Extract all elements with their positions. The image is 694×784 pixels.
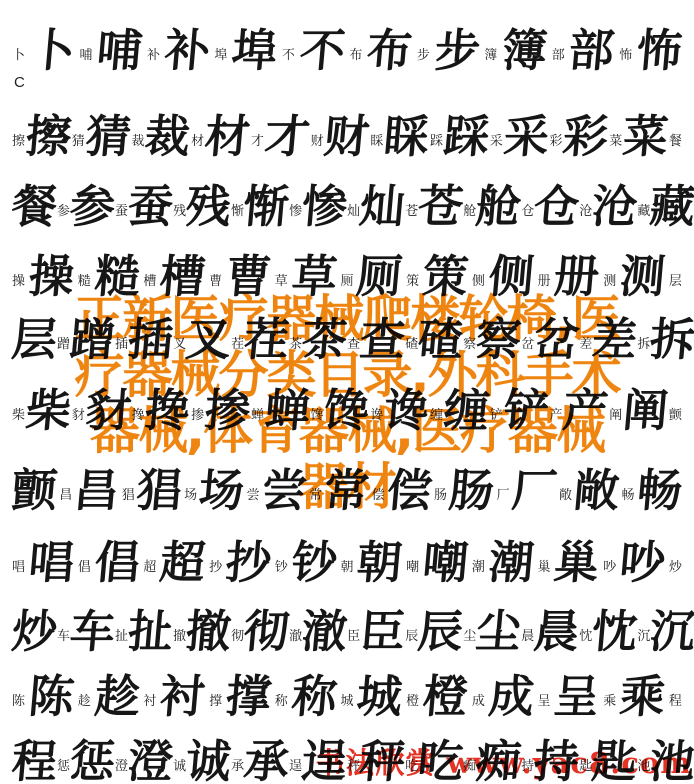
- cursive-glyph-char: 步: [432, 27, 481, 74]
- print-label-char: 曹: [209, 270, 222, 289]
- print-label-char: 册: [538, 270, 551, 289]
- cursive-glyph-char: 诚: [184, 738, 233, 784]
- print-label-char: 财: [311, 130, 324, 149]
- cursive-glyph-char: 惭: [242, 183, 291, 230]
- cursive-glyph-char: 材: [203, 113, 252, 160]
- cursive-glyph-char: 怖: [635, 27, 684, 74]
- print-label-char: 布: [349, 44, 362, 63]
- print-label-char: 陈: [12, 690, 25, 709]
- cursive-glyph-char: 澈: [300, 608, 349, 655]
- cursive-glyph-char: 擦: [24, 113, 73, 160]
- seo-title-line: 疗器械分类目录,外科手术: [0, 347, 694, 403]
- cursive-glyph-char: 趁: [92, 673, 141, 720]
- print-label-char: 超: [143, 556, 156, 575]
- character-row: 陈陈趁趁衬衬撑撑称称城城橙橙成成呈呈乘乘程: [0, 658, 694, 720]
- print-label-char: 操: [12, 270, 25, 289]
- print-label-char: 趁: [78, 690, 91, 709]
- cursive-glyph-char: 晨: [532, 608, 581, 655]
- cursive-glyph-char: 餐: [10, 183, 59, 230]
- cursive-glyph-char: 陈: [27, 673, 76, 720]
- cursive-glyph-char: 扯: [126, 608, 175, 655]
- cursive-glyph-char: 超: [158, 539, 207, 586]
- print-label-char: 材: [191, 130, 204, 149]
- print-label-char: 草: [275, 270, 288, 289]
- print-label-char: 槽: [143, 270, 156, 289]
- print-label-char: 巢: [538, 556, 551, 575]
- print-label-char: 呈: [538, 690, 551, 709]
- cursive-glyph-char: 彩: [561, 113, 610, 160]
- character-row: 炒车车扯扯撤撤彻彻澈澈臣臣辰辰尘尘晨晨忱忱沉沉: [0, 593, 694, 655]
- print-label-char: 城: [340, 690, 353, 709]
- seo-title-line: 正新医疗器械爬楼轮椅,医: [0, 291, 694, 347]
- print-label-char: 糙: [78, 270, 91, 289]
- print-label-char: 橙: [406, 690, 419, 709]
- cursive-glyph-char: 补: [163, 27, 212, 74]
- cursive-glyph-char: 巢: [552, 539, 601, 586]
- cursive-glyph-char: 撤: [184, 608, 233, 655]
- character-row: 餐参参蚕蚕残残惭惭惨惨灿灿苍苍舱舱仓仓沧沧藏藏: [0, 168, 694, 230]
- cursive-glyph-char: 城: [355, 673, 404, 720]
- watermark-site-name: 书法欣赏: [316, 746, 436, 780]
- cursive-glyph-char: 布: [365, 27, 414, 74]
- cursive-glyph-char: 唱: [27, 539, 76, 586]
- cursive-glyph-char: 财: [322, 113, 371, 160]
- cursive-glyph-char: 程: [10, 738, 59, 784]
- cursive-glyph-char: 裁: [143, 113, 192, 160]
- cursive-glyph-char: 不: [298, 27, 347, 74]
- cursive-glyph-char: 惨: [300, 183, 349, 230]
- cursive-glyph-char: 潮: [487, 539, 536, 586]
- print-label-char: 测: [603, 270, 616, 289]
- print-label-char: 朝: [340, 556, 353, 575]
- print-label-char: 侧: [472, 270, 485, 289]
- print-label-char: 嘲: [406, 556, 419, 575]
- cursive-glyph-char: 橙: [421, 673, 470, 720]
- cursive-glyph-char: 采: [502, 113, 551, 160]
- cursive-glyph-char: 卜: [28, 27, 77, 74]
- cursive-glyph-char: 菜: [621, 113, 670, 160]
- cursive-glyph-char: 睬: [382, 113, 431, 160]
- cursive-glyph-char: 才: [263, 113, 312, 160]
- print-label-char: 睬: [370, 130, 383, 149]
- print-label-char: 猜: [72, 130, 85, 149]
- cursive-glyph-char: 参: [68, 183, 117, 230]
- cursive-glyph-char: 沧: [590, 183, 639, 230]
- cursive-glyph-char: 臣: [358, 608, 407, 655]
- cursive-glyph-char: 残: [184, 183, 233, 230]
- print-label-char: 倡: [78, 556, 91, 575]
- cursive-glyph-char: 朝: [355, 539, 404, 586]
- print-label-char: 补: [147, 44, 160, 63]
- cursive-glyph-char: 舱: [474, 183, 523, 230]
- print-label-char: 潮: [472, 556, 485, 575]
- cursive-glyph-char: 衬: [158, 673, 207, 720]
- print-label-char: 称: [275, 690, 288, 709]
- print-label-char: 踩: [430, 130, 443, 149]
- cursive-glyph-char: 沉: [648, 608, 694, 655]
- character-row: 卜卜哺哺补补埠埠不不布布步步簿簿部部怖怖: [0, 12, 694, 74]
- print-label-char: 才: [251, 130, 264, 149]
- print-label-char: 不: [282, 44, 295, 63]
- print-label-char: 吵: [603, 556, 616, 575]
- print-label-char: 参: [57, 200, 70, 219]
- cursive-glyph-char: 灿: [358, 183, 407, 230]
- cursive-glyph-char: 彻: [242, 608, 291, 655]
- cursive-glyph-char: 吵: [618, 539, 667, 586]
- print-label-char: 唱: [12, 556, 25, 575]
- print-label-char: 策: [406, 270, 419, 289]
- print-label-char: 成: [472, 690, 485, 709]
- print-label-char: 卜: [12, 44, 25, 63]
- character-row: 唱唱倡倡超超抄抄钞钞朝朝嘲嘲潮潮巢巢吵吵炒: [0, 524, 694, 586]
- cursive-glyph-char: 苍: [416, 183, 465, 230]
- section-marker-c: C: [14, 74, 25, 91]
- print-label-char: 程: [669, 690, 682, 709]
- print-label-char: 厕: [340, 270, 353, 289]
- calligraphy-dictionary-sheet: C 卜卜哺哺补补埠埠不不布布步步簿簿部部怖怖擦擦猜猜裁裁材材才才财财睬睬踩踩采采…: [0, 0, 694, 784]
- seo-title-line: 器材: [0, 459, 694, 515]
- print-label-char: 埠: [214, 44, 227, 63]
- cursive-glyph-char: 辰: [416, 608, 465, 655]
- cursive-glyph-char: 钞: [290, 539, 339, 586]
- print-label-char: 部: [552, 44, 565, 63]
- cursive-glyph-char: 哺: [95, 27, 144, 74]
- cursive-glyph-char: 倡: [92, 539, 141, 586]
- cursive-glyph-char: 成: [487, 673, 536, 720]
- cursive-glyph-char: 蚕: [126, 183, 175, 230]
- character-row: 擦擦猜猜裁裁材材才才财财睬睬踩踩采采彩彩菜菜餐: [0, 98, 694, 160]
- cursive-glyph-char: 猜: [84, 113, 133, 160]
- cursive-glyph-char: 车: [68, 608, 117, 655]
- cursive-glyph-char: 嘲: [421, 539, 470, 586]
- cursive-glyph-char: 仓: [532, 183, 581, 230]
- print-label-char: 采: [490, 130, 503, 149]
- print-label-char: 撑: [209, 690, 222, 709]
- cursive-glyph-char: 称: [290, 673, 339, 720]
- print-label-char: 簿: [484, 44, 497, 63]
- seo-title-line: 器械,体育器械,医疗器械: [0, 403, 694, 459]
- cursive-glyph-char: 尘: [474, 608, 523, 655]
- watermark-site-url: www.yac8.com: [447, 746, 692, 780]
- print-label-char: 抄: [209, 556, 222, 575]
- cursive-glyph-char: 踩: [442, 113, 491, 160]
- cursive-glyph-char: 炒: [10, 608, 59, 655]
- print-label-char: 钞: [275, 556, 288, 575]
- print-label-char: 餐: [669, 130, 682, 149]
- cursive-glyph-char: 呈: [552, 673, 601, 720]
- print-label-char: 步: [417, 44, 430, 63]
- print-label-char: 裁: [131, 130, 144, 149]
- print-label-char: 哺: [79, 44, 92, 63]
- print-label-char: 擦: [12, 130, 25, 149]
- cursive-glyph-char: 部: [567, 27, 616, 74]
- cursive-glyph-char: 埠: [230, 27, 279, 74]
- cursive-glyph-char: 抄: [224, 539, 273, 586]
- cursive-glyph-char: 承: [242, 738, 291, 784]
- cursive-glyph-char: 乘: [618, 673, 667, 720]
- cursive-glyph-char: 藏: [648, 183, 694, 230]
- cursive-glyph-char: 撑: [224, 673, 273, 720]
- print-label-char: 车: [57, 625, 70, 644]
- print-label-char: 惩: [57, 755, 70, 774]
- watermark: 书法欣赏 www.yac8.com: [316, 741, 692, 782]
- cursive-glyph-char: 忱: [590, 608, 639, 655]
- seo-title-overlay: 正新医疗器械爬楼轮椅,医 疗器械分类目录,外科手术 器械,体育器械,医疗器械 器…: [0, 291, 694, 515]
- print-label-char: 菜: [609, 130, 622, 149]
- cursive-glyph-char: 簿: [500, 27, 549, 74]
- print-label-char: 层: [669, 270, 682, 289]
- print-label-char: 炒: [669, 556, 682, 575]
- print-label-char: 怖: [619, 44, 632, 63]
- print-label-char: 乘: [603, 690, 616, 709]
- print-label-char: 彩: [549, 130, 562, 149]
- cursive-glyph-char: 澄: [126, 738, 175, 784]
- print-label-char: 衬: [143, 690, 156, 709]
- cursive-glyph-char: 惩: [68, 738, 117, 784]
